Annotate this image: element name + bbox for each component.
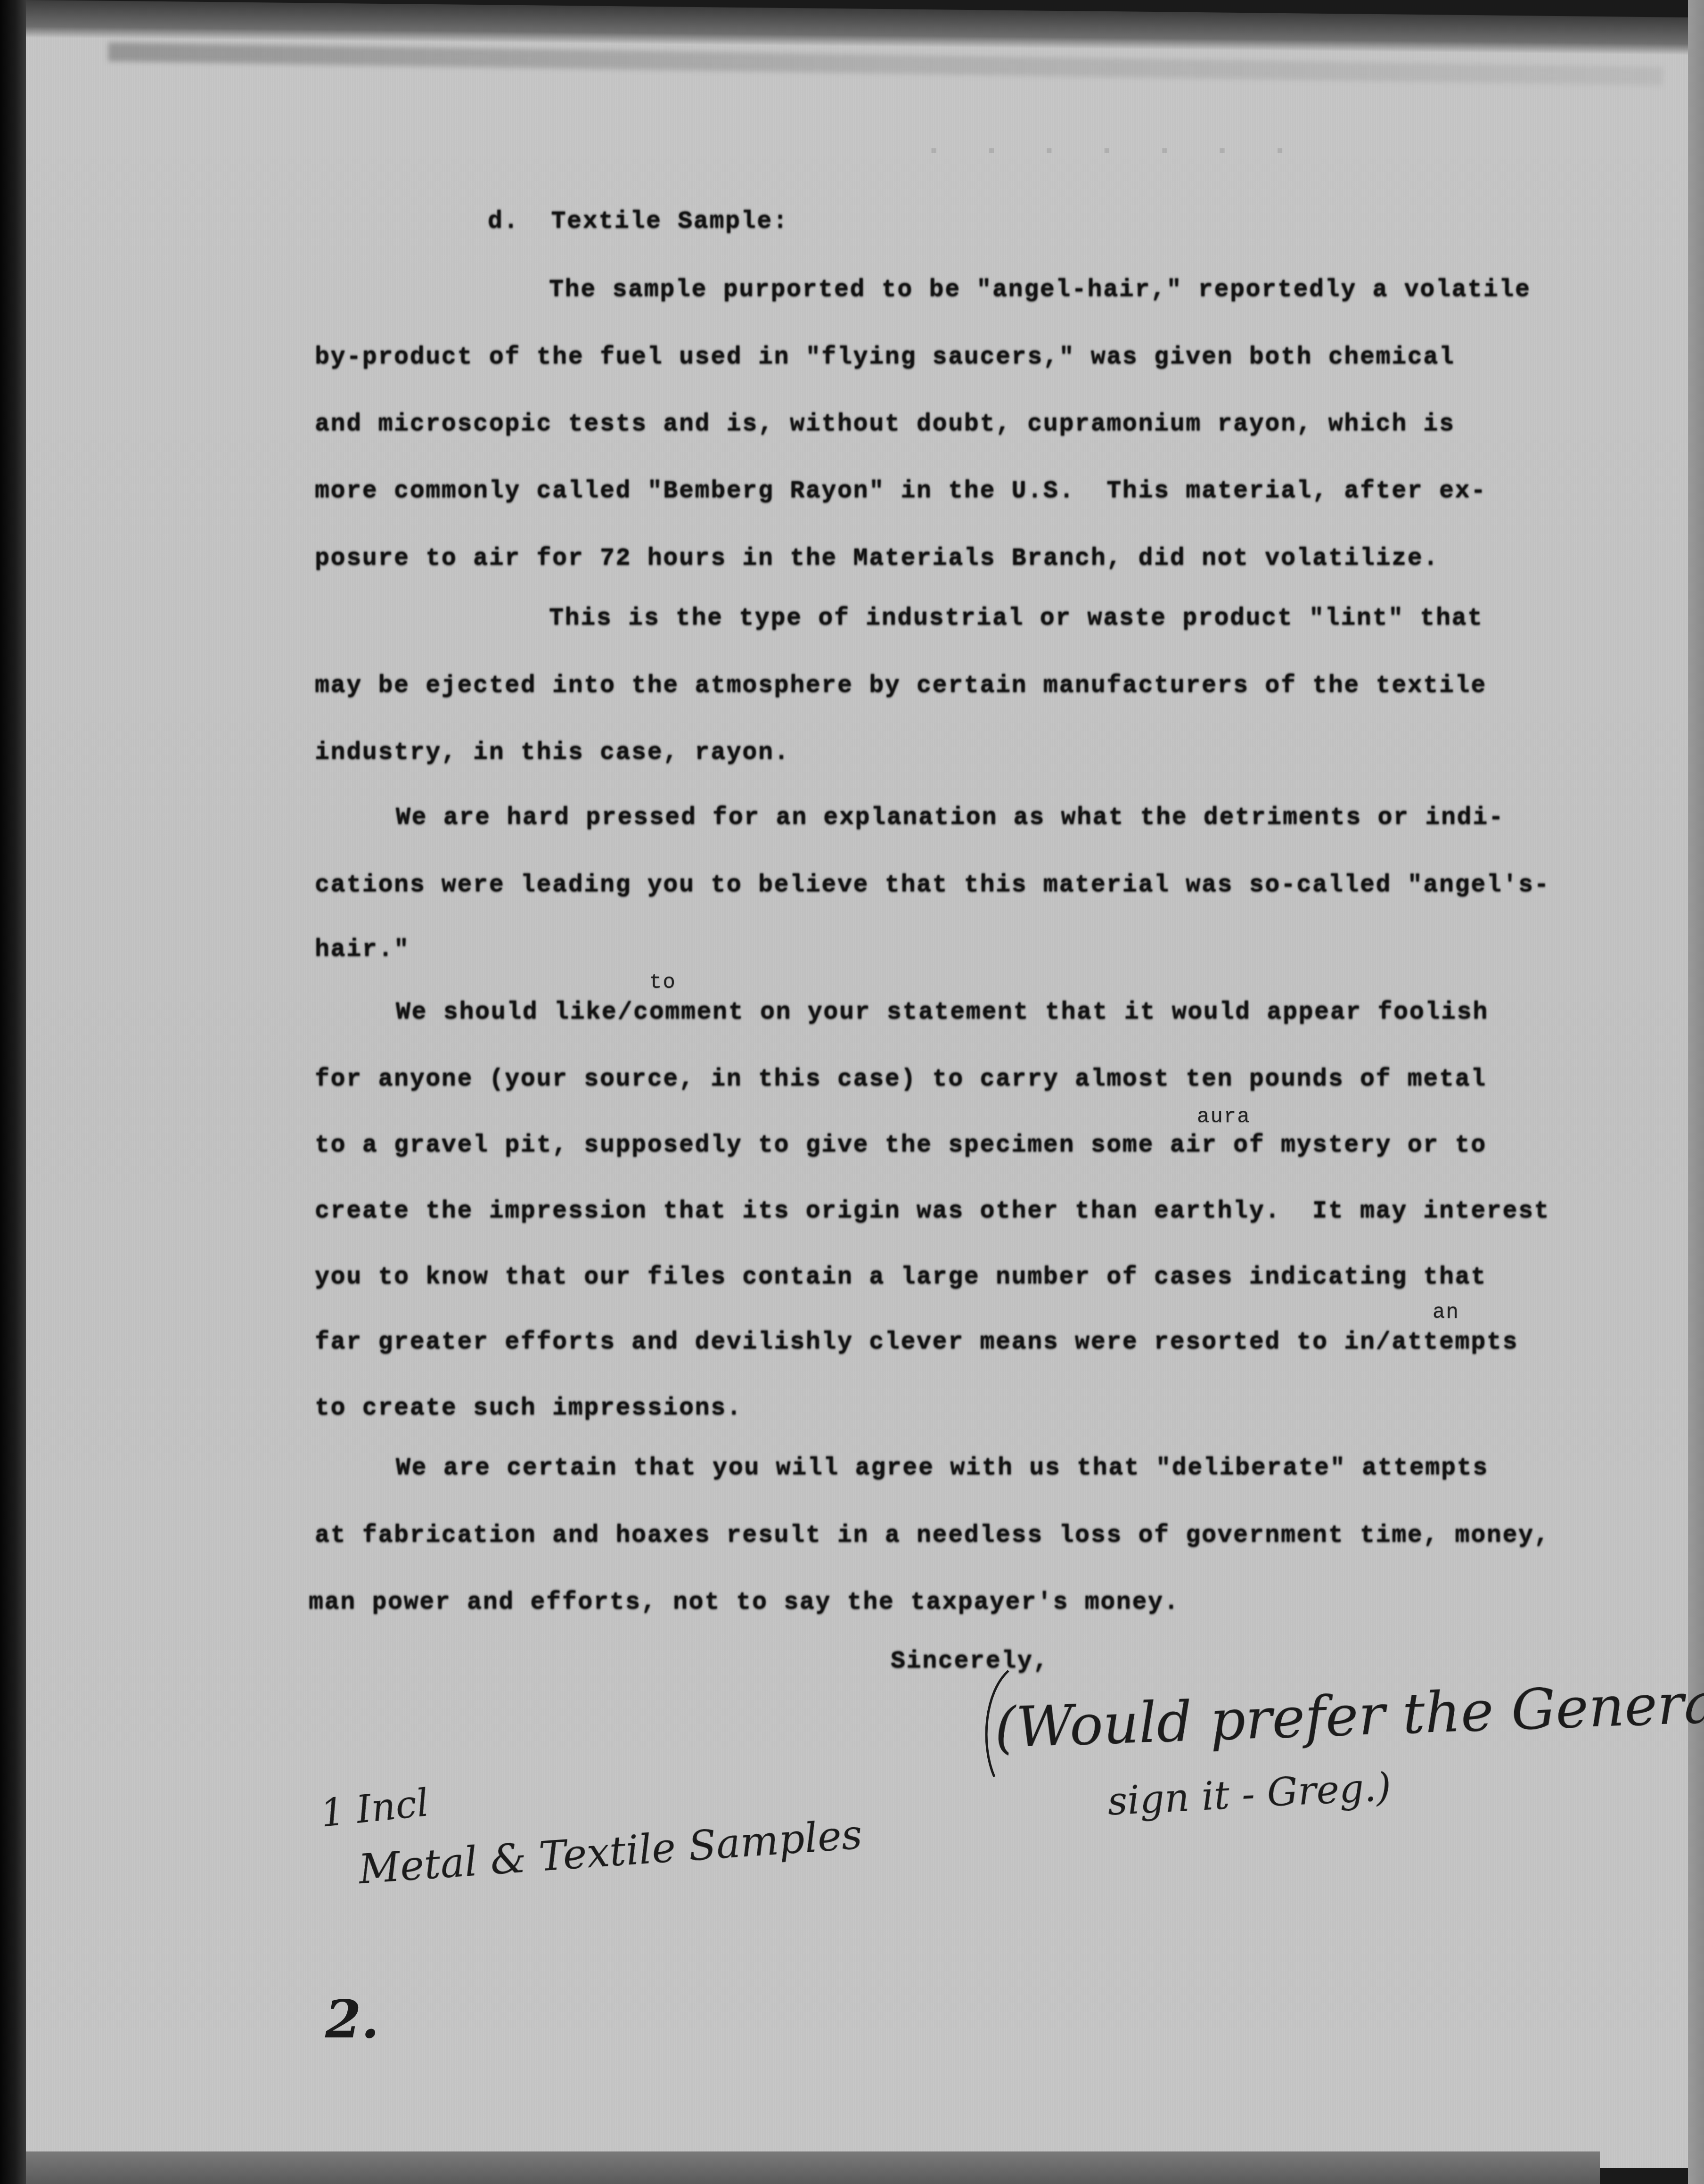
paragraph-2-line-2: may be ejected into the atmosphere by ce… [315,672,1487,699]
interlinear-insertion-aura: aura [1197,1105,1251,1129]
section-heading: d. Textile Sample: [488,207,789,235]
paragraph-4-line-3: to a gravel pit, supposedly to give the … [315,1131,1487,1159]
paragraph-3-line-3: hair." [315,936,410,963]
paragraph-3-line-1: We are hard pressed for an explanation a… [396,804,1504,831]
paragraph-4-line-7: to create such impressions. [315,1394,742,1422]
paragraph-1-line-3: and microscopic tests and is, without do… [315,410,1455,438]
scan-left-edge [0,0,26,2184]
paragraph-4-line-4: create the impression that its origin wa… [315,1197,1550,1225]
paragraph-4-line-2: for anyone (your source, in this case) t… [315,1065,1487,1093]
paragraph-4-line-5: you to know that our files contain a lar… [315,1263,1487,1291]
interlinear-insertion-an: an [1433,1301,1459,1324]
paragraph-5-line-3: man power and efforts, not to say the ta… [309,1588,1180,1616]
paragraph-5-line-1: We are certain that you will agree with … [396,1454,1489,1482]
paragraph-1-line-4: more commonly called "Bemberg Rayon" in … [315,477,1487,505]
closing-sincerely: Sincerely, [891,1647,1049,1675]
page-number: 2. [325,1989,379,2050]
faint-stamp-marking: · · · · · · · [924,132,1299,171]
paragraph-5-line-2: at fabrication and hoaxes result in a ne… [315,1521,1550,1549]
interlinear-insertion-to: to [649,971,676,994]
scan-right-edge [1688,0,1704,2184]
paragraph-1-line-5: posure to air for 72 hours in the Materi… [315,544,1439,572]
paragraph-2-line-1: This is the type of industrial or waste … [549,604,1483,632]
paragraph-3-line-2: cations were leading you to believe that… [315,871,1550,899]
paragraph-2-line-3: industry, in this case, rayon. [315,739,790,766]
scan-bottom-shadow [26,2151,1600,2184]
paragraph-1-line-1: The sample purported to be "angel-hair,"… [549,276,1531,304]
paragraph-1-line-2: by-product of the fuel used in "flying s… [315,343,1455,371]
paragraph-4-line-6: far greater efforts and devilishly cleve… [315,1328,1518,1356]
paragraph-4-line-1: We should like/comment on your statement… [396,998,1489,1026]
